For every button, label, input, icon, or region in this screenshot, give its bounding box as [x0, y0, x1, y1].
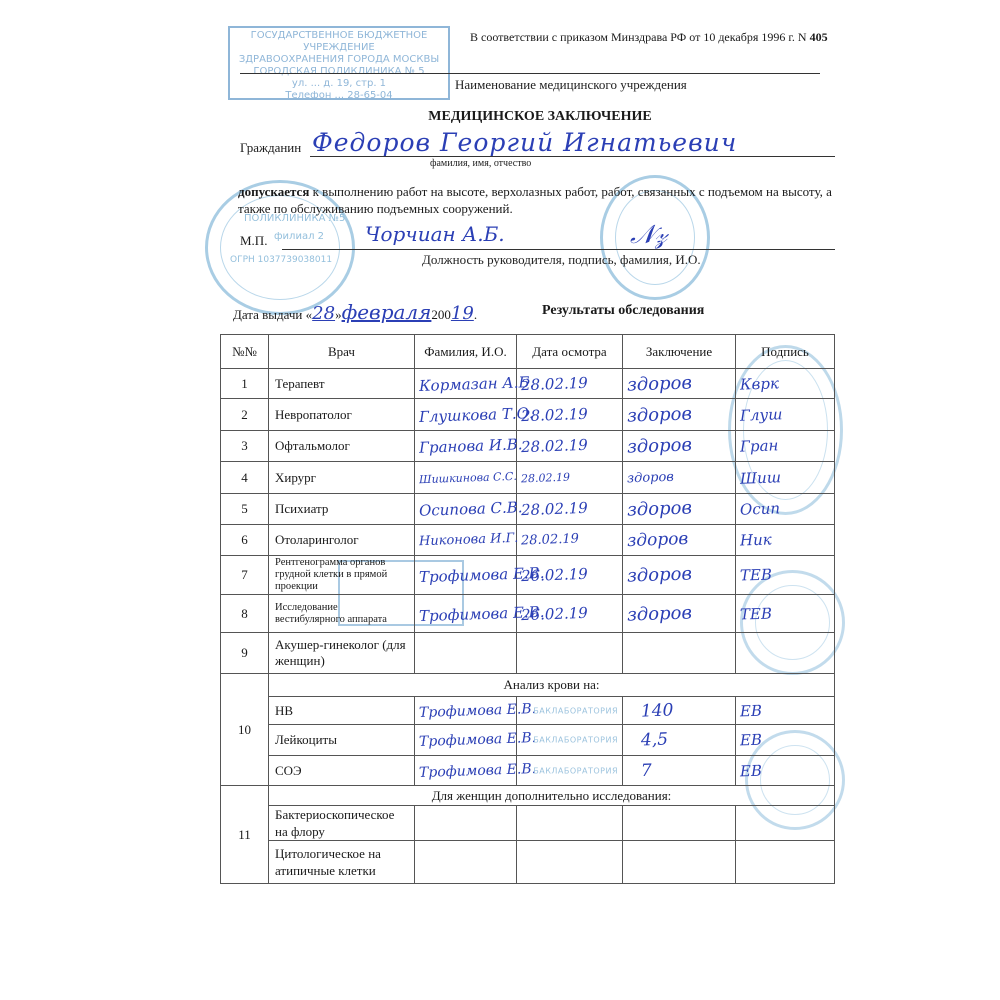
- head-caption: Должность руководителя, подпись, фамилия…: [422, 252, 701, 268]
- row-date: 28.02.19: [521, 531, 579, 548]
- blood-row: НВ Трофимова Е.В. БАКЛАБОРАТОРИЯ 140 ЕВ: [221, 697, 835, 725]
- row-num: 9: [221, 633, 269, 674]
- row-conclusion: здоров: [627, 403, 693, 426]
- citizen-name: Федоров Георгий Игнатьевич: [312, 128, 737, 157]
- table-row: 1 Терапевт Кормазан А.Б. 28.02.19 здоров…: [221, 369, 835, 399]
- results-table: №№ Врач Фамилия, И.О. Дата осмотра Заклю…: [220, 334, 835, 884]
- row-conclusion-cell: здоров: [623, 494, 736, 525]
- table-row: 5 Психиатр Осипова С.В. 28.02.19 здоров …: [221, 494, 835, 525]
- blood-lab-cell: БАКЛАБОРАТОРИЯ: [517, 697, 623, 725]
- row-name: Осипова С.В.: [419, 498, 523, 520]
- women-conclusion-cell: [623, 841, 736, 884]
- row-num: 5: [221, 494, 269, 525]
- row-name-cell: Гранова И.В.: [415, 431, 517, 462]
- row-doctor: Акушер-гинеколог (для женщин): [269, 633, 415, 674]
- row-num: 2: [221, 399, 269, 431]
- row-signature-cell: Кврк: [736, 369, 835, 399]
- row-date: 28.02.19: [521, 470, 570, 485]
- row-signature-cell: Ник: [736, 525, 835, 556]
- head-line: [282, 249, 835, 250]
- women-date-cell: [517, 841, 623, 884]
- row-signature: Ник: [740, 530, 772, 549]
- order-reference: В соответствии с приказом Минздрава РФ о…: [470, 30, 828, 45]
- row-signature: ТЕВ: [740, 604, 773, 623]
- women-signature-cell: [736, 841, 835, 884]
- admission-text: допускается к выполнению работ на высоте…: [238, 183, 838, 217]
- row-date: 28.02.19: [521, 499, 588, 519]
- row-conclusion-cell: здоров: [623, 399, 736, 431]
- stamp-line: ГОСУДАРСТВЕННОЕ БЮДЖЕТНОЕ УЧРЕЖДЕНИЕ: [234, 30, 444, 54]
- table-row: 4 Хирург Шишкинова С.С. 28.02.19 здоров …: [221, 462, 835, 494]
- table-row: 7 Рентгенограмма органов грудной клетки …: [221, 556, 835, 595]
- table-header-row: №№ Врач Фамилия, И.О. Дата осмотра Заклю…: [221, 335, 835, 369]
- row-name-cell: Трофимова Е.В.: [415, 556, 517, 595]
- stamp-line: Телефон ... 28-65-04: [234, 90, 444, 102]
- row-conclusion: здоров: [627, 497, 693, 520]
- header-signature: Подпись: [736, 335, 835, 369]
- blood-value: 4,5: [641, 730, 669, 751]
- row-conclusion-cell: здоров: [623, 431, 736, 462]
- blood-signature: ЕВ: [740, 701, 763, 720]
- row-num: 6: [221, 525, 269, 556]
- blood-signature: ЕВ: [740, 761, 763, 780]
- blood-test: СОЭ: [269, 756, 415, 786]
- row-conclusion-cell: здоров: [623, 369, 736, 399]
- row-doctor: Исследование вестибулярного аппарата: [269, 595, 415, 633]
- row-signature: Глуш: [740, 405, 783, 424]
- citizen-line: [310, 156, 835, 157]
- blood-value: 7: [641, 760, 653, 780]
- citizen-caption: фамилия, имя, отчество: [430, 158, 531, 169]
- blood-row: Лейкоциты Трофимова Е.В. БАКЛАБОРАТОРИЯ …: [221, 725, 835, 756]
- row-conclusion: здоров: [627, 602, 693, 625]
- row-date-cell: 28.02.19: [517, 525, 623, 556]
- row-date-cell: 26.02.19: [517, 556, 623, 595]
- stamp-text: филиал 2: [274, 231, 324, 242]
- header-num: №№: [221, 335, 269, 369]
- results-title: Результаты обследования: [542, 303, 704, 319]
- institution-stamp: ГОСУДАРСТВЕННОЕ БЮДЖЕТНОЕ УЧРЕЖДЕНИЕ ЗДР…: [228, 26, 450, 100]
- women-heading: Для женщин дополнительно исследования:: [269, 786, 835, 806]
- row-date-cell: 28.02.19: [517, 399, 623, 431]
- row-name-cell: [415, 633, 517, 674]
- lab-stamp: БАКЛАБОРАТОРИЯ: [533, 706, 618, 715]
- row-doctor: Хирург: [269, 462, 415, 494]
- women-row: Цитологическое на атипичные клетки: [221, 841, 835, 884]
- row-date: 28.02.19: [521, 436, 588, 456]
- row-conclusion: здоров: [627, 563, 693, 586]
- institution-line: [240, 73, 820, 74]
- row-name-cell: Трофимова Е.В.: [415, 595, 517, 633]
- seal-label: М.П.: [240, 233, 267, 249]
- women-name-cell: [415, 806, 517, 841]
- stamp-line: ул. ... д. 19, стр. 1: [234, 78, 444, 90]
- blood-test: Лейкоциты: [269, 725, 415, 756]
- table-row: 3 Офтальмолог Гранова И.В. 28.02.19 здор…: [221, 431, 835, 462]
- row-date-cell: 28.02.19: [517, 494, 623, 525]
- issue-year-prefix: 200: [431, 307, 451, 322]
- issue-month: февраля: [342, 300, 432, 324]
- issue-date-label: Дата выдачи «: [233, 307, 312, 322]
- women-date-cell: [517, 806, 623, 841]
- issue-date: Дата выдачи «28»февраля20019.: [233, 300, 477, 324]
- row-conclusion-cell: здоров: [623, 525, 736, 556]
- row-num: 4: [221, 462, 269, 494]
- row-conclusion: здоров: [627, 434, 693, 457]
- blood-name-cell: Трофимова Е.В.: [415, 697, 517, 725]
- row-name: Никонова И.Г.: [419, 531, 519, 549]
- row-name: Гранова И.В.: [419, 435, 523, 457]
- row-conclusion-cell: здоров: [623, 462, 736, 494]
- row-date: 28.02.19: [521, 404, 588, 424]
- row-conclusion: здоров: [627, 529, 689, 551]
- row-signature: Осип: [740, 499, 781, 518]
- order-reference-text: В соответствии с приказом Минздрава РФ о…: [470, 30, 807, 44]
- lab-stamp: БАКЛАБОРАТОРИЯ: [533, 736, 618, 745]
- header-date: Дата осмотра: [517, 335, 623, 369]
- blood-signature-cell: ЕВ: [736, 725, 835, 756]
- row-date: 26.02.19: [521, 603, 588, 623]
- row-doctor: Офтальмолог: [269, 431, 415, 462]
- row-doctor: Терапевт: [269, 369, 415, 399]
- row-conclusion-cell: [623, 633, 736, 674]
- row-num: 1: [221, 369, 269, 399]
- head-signature-scribble: 𝒩𝓏: [630, 220, 667, 251]
- blood-row: СОЭ Трофимова Е.В. БАКЛАБОРАТОРИЯ 7 ЕВ: [221, 756, 835, 786]
- stamp-text: ОГРН 1037739038011: [230, 255, 332, 265]
- admission-body: к выполнению работ на высоте, верхолазны…: [238, 184, 832, 216]
- women-name-cell: [415, 841, 517, 884]
- row-signature-cell: Шиш: [736, 462, 835, 494]
- row-date: 26.02.19: [521, 565, 588, 585]
- blood-lab-cell: БАКЛАБОРАТОРИЯ: [517, 725, 623, 756]
- table-row: 9 Акушер-гинеколог (для женщин): [221, 633, 835, 674]
- blood-value-cell: 140: [623, 697, 736, 725]
- women-test: Цитологическое на атипичные клетки: [269, 841, 415, 884]
- admission-bold: допускается: [238, 184, 309, 199]
- row-doctor: Отоларинголог: [269, 525, 415, 556]
- issue-year-suffix: 19: [451, 303, 474, 324]
- women-signature-cell: [736, 806, 835, 841]
- document-title: МЕДИЦИНСКОЕ ЗАКЛЮЧЕНИЕ: [0, 109, 1000, 125]
- blood-name-cell: Трофимова Е.В.: [415, 725, 517, 756]
- row-name: Шишкинова С.С.: [419, 469, 517, 485]
- table-row: 2 Невропатолог Глушкова Т.О. 28.02.19 зд…: [221, 399, 835, 431]
- women-heading-row: 11 Для женщин дополнительно исследования…: [221, 786, 835, 806]
- row-num: 7: [221, 556, 269, 595]
- issue-day: 28: [312, 303, 335, 324]
- row-doctor: Невропатолог: [269, 399, 415, 431]
- row-doctor: Рентгенограмма органов грудной клетки в …: [269, 556, 415, 595]
- row-date-cell: [517, 633, 623, 674]
- header-doctor: Врач: [269, 335, 415, 369]
- row-conclusion: здоров: [627, 372, 693, 395]
- row-name-cell: Кормазан А.Б.: [415, 369, 517, 399]
- blood-test: НВ: [269, 697, 415, 725]
- row-conclusion-cell: здоров: [623, 595, 736, 633]
- row-num: 3: [221, 431, 269, 462]
- head-signature: Чорчиан А.Б.: [365, 222, 505, 246]
- row-num: 11: [221, 786, 269, 884]
- row-signature: Гран: [740, 436, 779, 455]
- institution-caption: Наименование медицинского учреждения: [455, 77, 687, 93]
- table-row: 6 Отоларинголог Никонова И.Г. 28.02.19 з…: [221, 525, 835, 556]
- order-number: 405: [810, 30, 828, 44]
- row-signature-cell: [736, 633, 835, 674]
- women-row: Бактериоскопическое на флору: [221, 806, 835, 841]
- row-signature: Кврк: [740, 374, 780, 393]
- row-date: 28.02.19: [521, 373, 588, 393]
- blood-signature-cell: ЕВ: [736, 756, 835, 786]
- row-signature: ТЕВ: [740, 565, 773, 584]
- row-num: 8: [221, 595, 269, 633]
- row-date-cell: 28.02.19: [517, 431, 623, 462]
- table-row: 8 Исследование вестибулярного аппарата Т…: [221, 595, 835, 633]
- blood-lab-cell: БАКЛАБОРАТОРИЯ: [517, 756, 623, 786]
- lab-stamp: БАКЛАБОРАТОРИЯ: [533, 766, 618, 775]
- stamp-line: ЗДРАВООХРАНЕНИЯ ГОРОДА МОСКВЫ: [234, 54, 444, 66]
- row-signature: Шиш: [740, 468, 782, 487]
- blood-value: 140: [641, 700, 674, 721]
- blood-heading-row: 10 Анализ крови на:: [221, 674, 835, 697]
- header-conclusion: Заключение: [623, 335, 736, 369]
- row-date-cell: 28.02.19: [517, 369, 623, 399]
- women-test: Бактериоскопическое на флору: [269, 806, 415, 841]
- row-date-cell: 26.02.19: [517, 595, 623, 633]
- blood-value-cell: 4,5: [623, 725, 736, 756]
- row-name-cell: Глушкова Т.О.: [415, 399, 517, 431]
- women-conclusion-cell: [623, 806, 736, 841]
- blood-value-cell: 7: [623, 756, 736, 786]
- row-name-cell: Шишкинова С.С.: [415, 462, 517, 494]
- row-signature-cell: ТЕВ: [736, 556, 835, 595]
- issue-dot: .: [474, 307, 477, 322]
- row-conclusion-cell: здоров: [623, 556, 736, 595]
- row-conclusion: здоров: [627, 469, 674, 486]
- citizen-label: Гражданин: [240, 140, 301, 156]
- row-name-cell: Никонова И.Г.: [415, 525, 517, 556]
- blood-name-cell: Трофимова Е.В.: [415, 756, 517, 786]
- row-doctor: Психиатр: [269, 494, 415, 525]
- blood-signature-cell: ЕВ: [736, 697, 835, 725]
- row-num: 10: [221, 674, 269, 786]
- row-signature-cell: Осип: [736, 494, 835, 525]
- row-date-cell: 28.02.19: [517, 462, 623, 494]
- row-name-cell: Осипова С.В.: [415, 494, 517, 525]
- header-name: Фамилия, И.О.: [415, 335, 517, 369]
- blood-heading: Анализ крови на:: [269, 674, 835, 697]
- stamp-line: ГОРОДСКАЯ ПОЛИКЛИНИКА № 5: [234, 66, 444, 78]
- row-signature-cell: Глуш: [736, 399, 835, 431]
- row-signature-cell: ТЕВ: [736, 595, 835, 633]
- blood-signature: ЕВ: [740, 731, 763, 750]
- row-signature-cell: Гран: [736, 431, 835, 462]
